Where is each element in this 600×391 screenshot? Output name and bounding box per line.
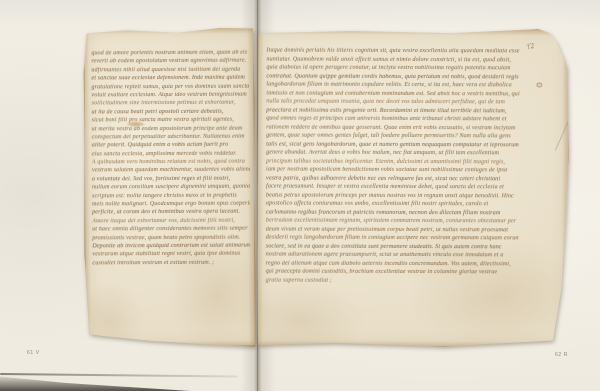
manuscript-leaf-right: Itaque dominis perlatis his litteris cog… xyxy=(257,28,569,347)
folio-number-mark: †2 xyxy=(526,42,534,51)
wormhole-speck xyxy=(536,82,542,87)
manuscript-text-line: custodiet introitum vestrum et exitum ve… xyxy=(92,259,250,268)
book-photograph: quod de amore portentis nostram animam e… xyxy=(0,0,600,391)
folio-caption-left: 61 V xyxy=(27,350,40,356)
manuscript-text-line: gratia superna custodiat ; xyxy=(266,276,519,285)
manuscript-text-block-right: Itaque dominis perlatis his litteris cog… xyxy=(266,46,520,285)
underpage-edge-line xyxy=(0,373,238,377)
parchment-crease xyxy=(555,108,575,150)
manuscript-text-block-left: quod de amore portentis nostram animam e… xyxy=(91,50,250,269)
parchment-left: quod de amore portentis nostram animam e… xyxy=(83,27,256,348)
parchment-right: Itaque dominis perlatis his litteris cog… xyxy=(256,27,569,347)
manuscript-leaf-left: quod de amore portentis nostram animam e… xyxy=(84,27,255,347)
folio-caption-right: 62 R xyxy=(555,352,568,358)
